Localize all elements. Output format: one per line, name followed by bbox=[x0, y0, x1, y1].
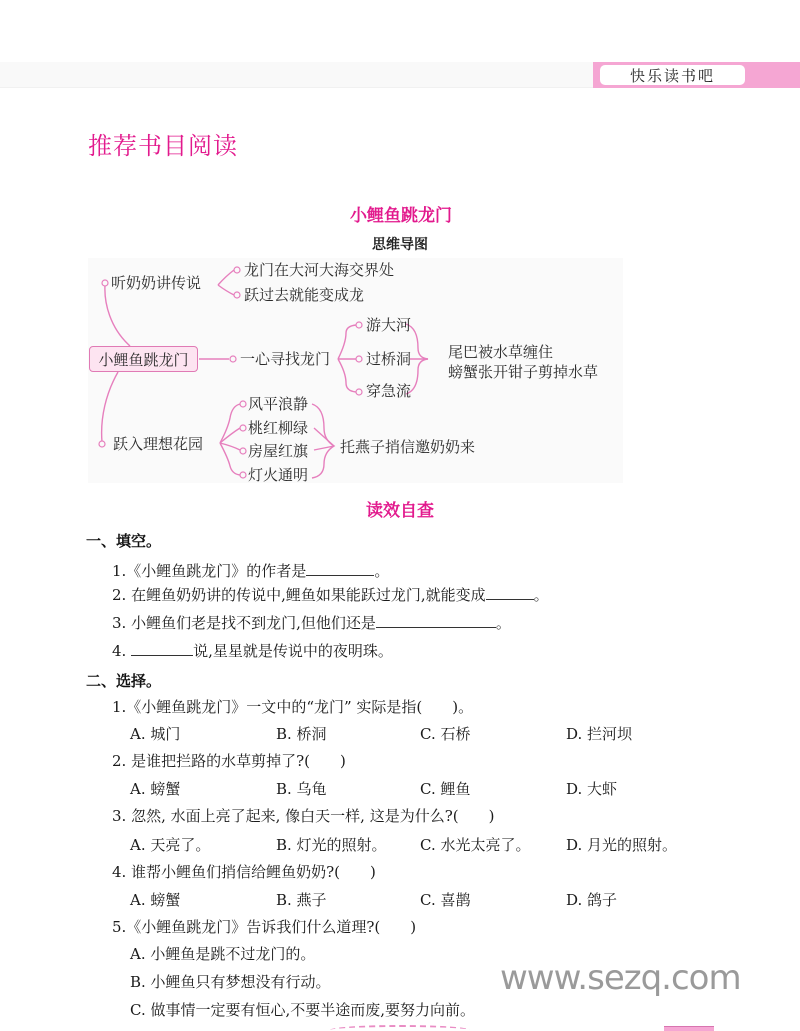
mind-map: 小鲤鱼跳龙门 听奶奶讲传说 龙门在大河大海交界处 跃过去就能变成龙 一心寻找龙门… bbox=[88, 258, 623, 483]
question-text: 说,星星就是传说中的夜明珠。 bbox=[193, 642, 393, 660]
mindmap-branch-legend: 听奶奶讲传说 bbox=[111, 274, 201, 292]
answer-blank[interactable] bbox=[376, 614, 496, 628]
section-badge: 快乐读书吧 bbox=[600, 65, 745, 85]
option-a[interactable]: A. 城门 bbox=[130, 724, 180, 744]
answer-blank[interactable] bbox=[306, 562, 374, 576]
question-text: 2. 在鲤鱼奶奶讲的传说中,鲤鱼如果能跃过龙门,就能变成 bbox=[112, 586, 486, 604]
choice-heading: 二、选择。 bbox=[86, 670, 161, 691]
mindmap-label: 思维导图 bbox=[0, 234, 800, 254]
question-text: 。 bbox=[496, 614, 511, 632]
option-a[interactable]: A. 螃蟹 bbox=[130, 779, 180, 799]
option-c[interactable]: C. 喜鹊 bbox=[420, 890, 470, 910]
mindmap-leaf: 过桥洞 bbox=[366, 350, 411, 368]
mindmap-branch-garden: 跃入理想花园 bbox=[113, 435, 203, 453]
choice-question-4: 4. 谁帮小鲤鱼们捎信给鲤鱼奶奶?( ) bbox=[112, 862, 376, 882]
choice-options-1: A. 城门 B. 桥洞 C. 石桥 D. 拦河坝 bbox=[130, 724, 730, 744]
book-title: 小鲤鱼跳龙门 bbox=[0, 201, 800, 226]
option-b[interactable]: B. 小鲤鱼只有梦想没有行动。 bbox=[130, 972, 331, 992]
question-text: 。 bbox=[534, 586, 549, 604]
fill-question-4: 4. 说,星星就是传说中的夜明珠。 bbox=[112, 641, 393, 661]
question-text: 。 bbox=[374, 562, 389, 580]
self-check-title: 读效自查 bbox=[0, 496, 800, 521]
option-c[interactable]: C. 做事情一定要有恒心,不要半途而废,要努力向前。 bbox=[130, 1000, 475, 1020]
mindmap-leaf: 跃过去就能变成龙 bbox=[244, 286, 364, 304]
watermark: www.sezq.com bbox=[500, 958, 741, 998]
option-d[interactable]: D. 拦河坝 bbox=[566, 724, 632, 744]
mindmap-leaf: 灯火通明 bbox=[248, 466, 308, 484]
fill-question-1: 1.《小鲤鱼跳龙门》的作者是。 bbox=[112, 561, 389, 581]
question-text: 4. bbox=[112, 642, 131, 660]
mindmap-leaf: 桃红柳绿 bbox=[248, 419, 308, 437]
mindmap-leaf: 游大河 bbox=[366, 316, 411, 334]
question-text: 1.《小鲤鱼跳龙门》的作者是 bbox=[112, 562, 306, 580]
mindmap-leaf: 穿急流 bbox=[366, 382, 411, 400]
mindmap-leaf: 龙门在大河大海交界处 bbox=[244, 261, 394, 279]
mindmap-leaf: 房屋红旗 bbox=[248, 442, 308, 460]
choice-question-5: 5.《小鲤鱼跳龙门》告诉我们什么道理?( ) bbox=[112, 917, 416, 937]
option-b[interactable]: B. 灯光的照射。 bbox=[276, 835, 387, 855]
mindmap-result: 尾巴被水草缠住 bbox=[448, 343, 553, 361]
page-title: 推荐书目阅读 bbox=[88, 126, 238, 161]
choice-options-4: A. 螃蟹 B. 燕子 C. 喜鹊 D. 鸽子 bbox=[130, 890, 730, 910]
footer-tab bbox=[664, 1026, 714, 1031]
option-c[interactable]: C. 石桥 bbox=[420, 724, 470, 744]
mindmap-result: 螃蟹张开钳子剪掉水草 bbox=[448, 363, 598, 381]
choice-question-3: 3. 忽然, 水面上亮了起来, 像白天一样, 这是为什么?( ) bbox=[112, 806, 494, 826]
fill-question-2: 2. 在鲤鱼奶奶讲的传说中,鲤鱼如果能跃过龙门,就能变成。 bbox=[112, 585, 549, 605]
mindmap-branch-search: 一心寻找龙门 bbox=[240, 350, 330, 368]
option-c[interactable]: C. 水光太亮了。 bbox=[420, 835, 530, 855]
choice-question-1: 1.《小鲤鱼跳龙门》一文中的“龙门” 实际是指( )。 bbox=[112, 697, 473, 717]
choice-options-3: A. 天亮了。 B. 灯光的照射。 C. 水光太亮了。 D. 月光的照射。 bbox=[130, 835, 730, 855]
option-b[interactable]: B. 乌龟 bbox=[276, 779, 327, 799]
mindmap-root-node: 小鲤鱼跳龙门 bbox=[89, 346, 198, 372]
option-c[interactable]: C. 鲤鱼 bbox=[420, 779, 470, 799]
option-a[interactable]: A. 天亮了。 bbox=[130, 835, 210, 855]
choice-question-2: 2. 是谁把拦路的水草剪掉了?( ) bbox=[112, 751, 346, 771]
answer-blank[interactable] bbox=[486, 586, 534, 600]
fill-blank-heading: 一、填空。 bbox=[86, 530, 161, 551]
option-d[interactable]: D. 鸽子 bbox=[566, 890, 617, 910]
answer-blank[interactable] bbox=[131, 642, 193, 656]
option-d[interactable]: D. 月光的照射。 bbox=[566, 835, 677, 855]
option-b[interactable]: B. 桥洞 bbox=[276, 724, 327, 744]
option-a[interactable]: A. 螃蟹 bbox=[130, 890, 180, 910]
mindmap-result: 托燕子捎信邀奶奶来 bbox=[340, 438, 475, 456]
option-b[interactable]: B. 燕子 bbox=[276, 890, 327, 910]
choice-options-2: A. 螃蟹 B. 乌龟 C. 鲤鱼 D. 大虾 bbox=[130, 779, 730, 799]
option-a[interactable]: A. 小鲤鱼是跳不过龙门的。 bbox=[130, 944, 315, 964]
mindmap-leaf: 风平浪静 bbox=[248, 395, 308, 413]
fill-question-3: 3. 小鲤鱼们老是找不到龙门,但他们还是。 bbox=[112, 613, 511, 633]
footer-decoration bbox=[330, 1025, 470, 1031]
question-text: 3. 小鲤鱼们老是找不到龙门,但他们还是 bbox=[112, 614, 376, 632]
option-d[interactable]: D. 大虾 bbox=[566, 779, 617, 799]
